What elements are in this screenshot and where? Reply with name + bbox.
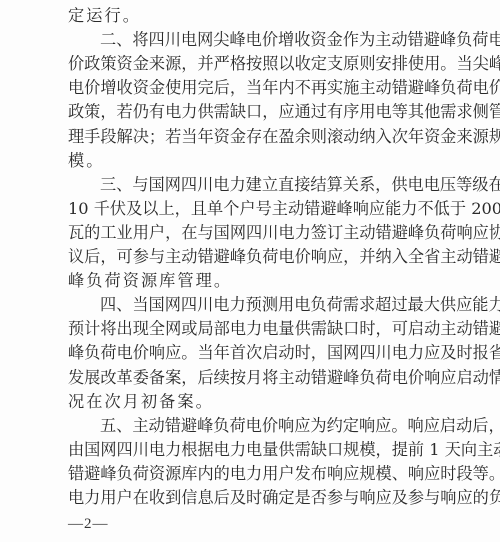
text-line: 政策，若仍有电力供需缺口，应通过有序用电等其他需求侧管: [68, 100, 430, 124]
text-line: 错避峰负荷资源库内的电力用户发布响应规模、响应时段等。: [68, 462, 430, 486]
document-page: 定运行。二、将四川电网尖峰电价增收资金作为主动错避峰负荷电价政策资金来源，并严格…: [0, 0, 500, 542]
text-line: 五、主动错避峰负荷电价响应为约定响应。响应启动后，: [100, 414, 430, 438]
text-line: 发展改革委备案，后续按月将主动错避峰负荷电价响应启动情: [68, 366, 430, 390]
text-line: 况在次月初备案。: [68, 390, 430, 414]
text-line: 电力用户在收到信息后及时确定是否参与响应及参与响应的负: [68, 486, 430, 510]
text-line: 峰负荷电价响应。当年首次启动时，国网四川电力应及时报省: [68, 341, 430, 365]
text-line: 10 千伏及以上，且单个户号主动错避峰响应能力不低于 200 千: [68, 197, 430, 221]
text-line: 瓦的工业用户，在与国网四川电力签订主动错避峰负荷响应协: [68, 221, 430, 245]
text-line: 价政策资金来源，并严格按照以收定支原则安排使用。当尖峰: [68, 52, 430, 76]
text-line: 模。: [68, 149, 430, 173]
text-line: 定运行。: [68, 4, 430, 28]
text-line: 三、与国网四川电力建立直接结算关系，供电电压等级在: [100, 173, 430, 197]
text-line: 二、将四川电网尖峰电价增收资金作为主动错避峰负荷电: [100, 28, 430, 52]
page-number: —2—: [68, 516, 109, 533]
text-line: 电价增收资金使用完后，当年内不再实施主动错避峰负荷电价: [68, 76, 430, 100]
text-line: 峰负荷资源库管理。: [68, 269, 430, 293]
text-line: 议后，可参与主动错避峰负荷电价响应，并纳入全省主动错避: [68, 245, 430, 269]
text-line: 理手段解决；若当年资金存在盈余则滚动纳入次年资金来源规: [68, 125, 430, 149]
text-line: 预计将出现全网或局部电力电量供需缺口时，可启动主动错避: [68, 317, 430, 341]
text-line: 四、当国网四川电力预测用电负荷需求超过最大供应能力，: [100, 293, 430, 317]
text-line: 由国网四川电力根据电力电量供需缺口规模，提前 1 天向主动: [68, 438, 430, 462]
